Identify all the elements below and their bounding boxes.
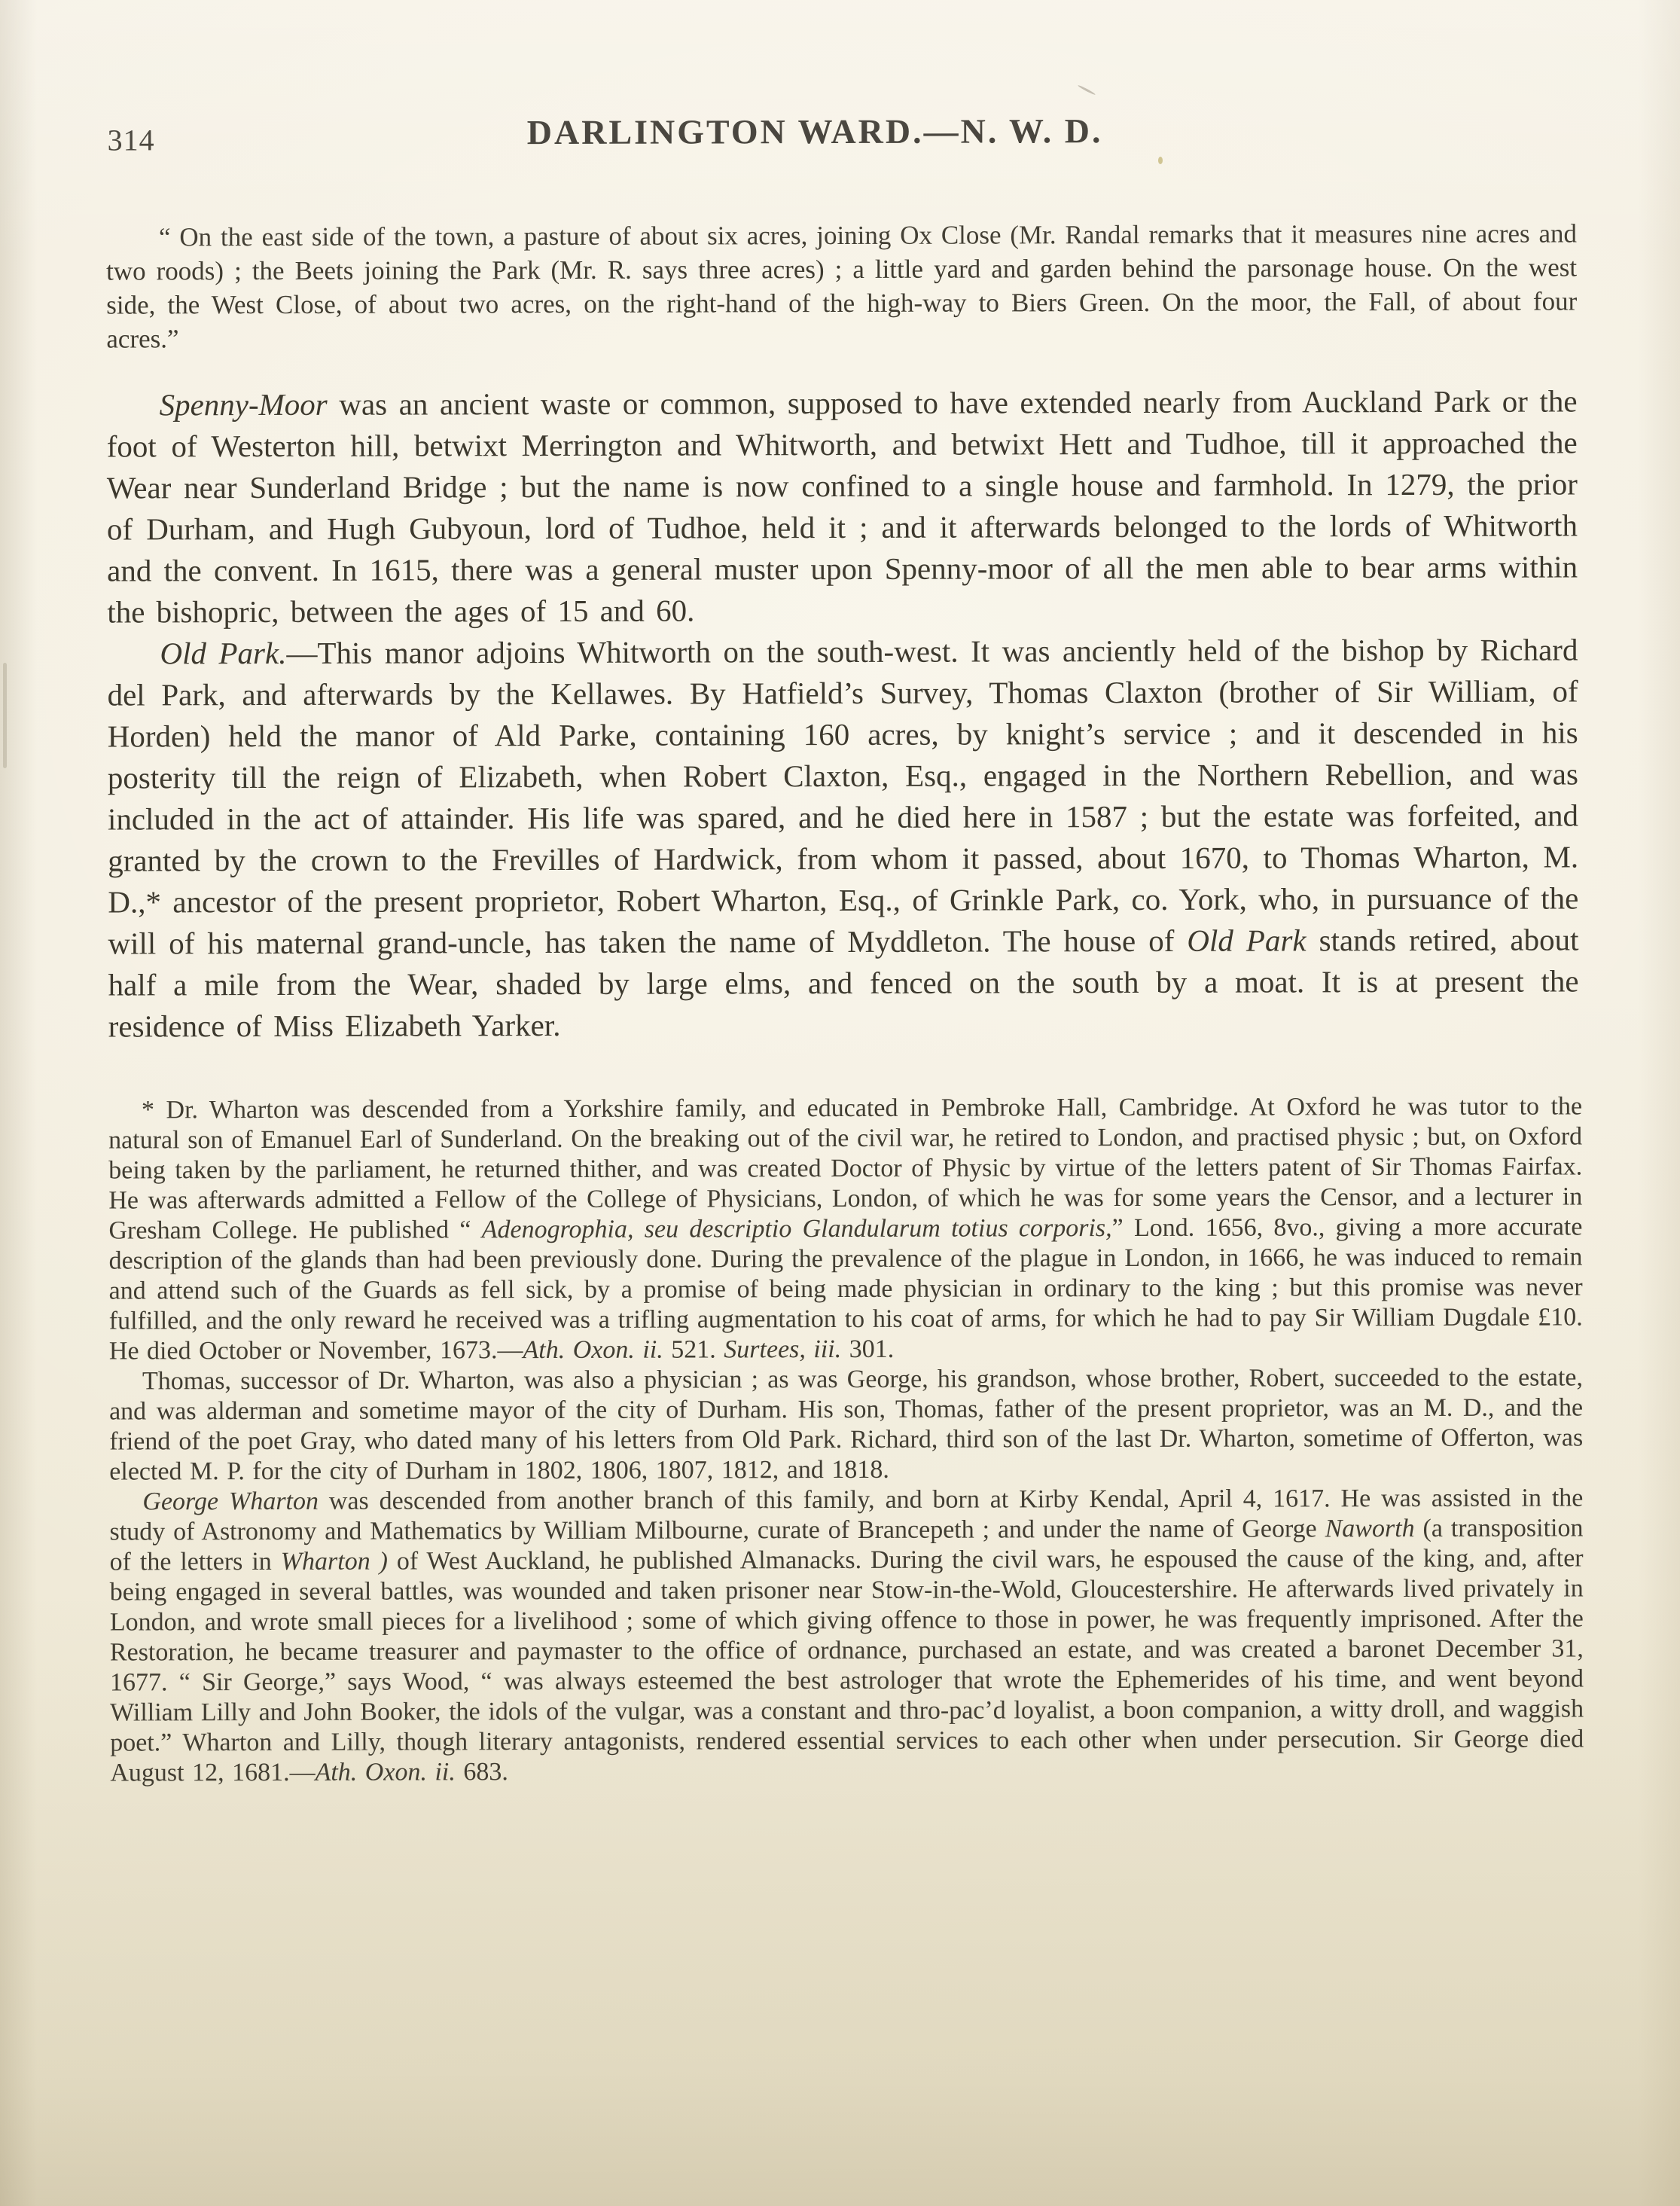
page-sheet: 314 DARLINGTON WARD.—N. W. D. “ On the e… (0, 0, 1680, 2206)
footnote-section: * Dr. Wharton was descended from a Yorks… (108, 1091, 1584, 1788)
quote-paragraph: “ On the east side of the town, a pastur… (106, 216, 1577, 355)
scanned-book-page: 314 DARLINGTON WARD.—N. W. D. “ On the e… (0, 0, 1680, 2206)
footnote-thomas-successors: Thomas, successor of Dr. Wharton, was al… (109, 1362, 1583, 1487)
paragraph-old-park: Old Park.—This manor adjoins Whitworth o… (107, 629, 1578, 1047)
running-title: DARLINGTON WARD.—N. W. D. (0, 109, 1633, 154)
footnote-george-wharton: George Wharton was descended from anothe… (109, 1483, 1584, 1788)
main-text-block: “ On the east side of the town, a pastur… (106, 216, 1579, 1047)
footnote-dr-wharton: * Dr. Wharton was descended from a Yorks… (108, 1091, 1583, 1366)
paragraph-spenny-moor: Spenny-Moor was an ancient waste or comm… (106, 380, 1578, 633)
page-header: 314 DARLINGTON WARD.—N. W. D. (0, 109, 1678, 159)
